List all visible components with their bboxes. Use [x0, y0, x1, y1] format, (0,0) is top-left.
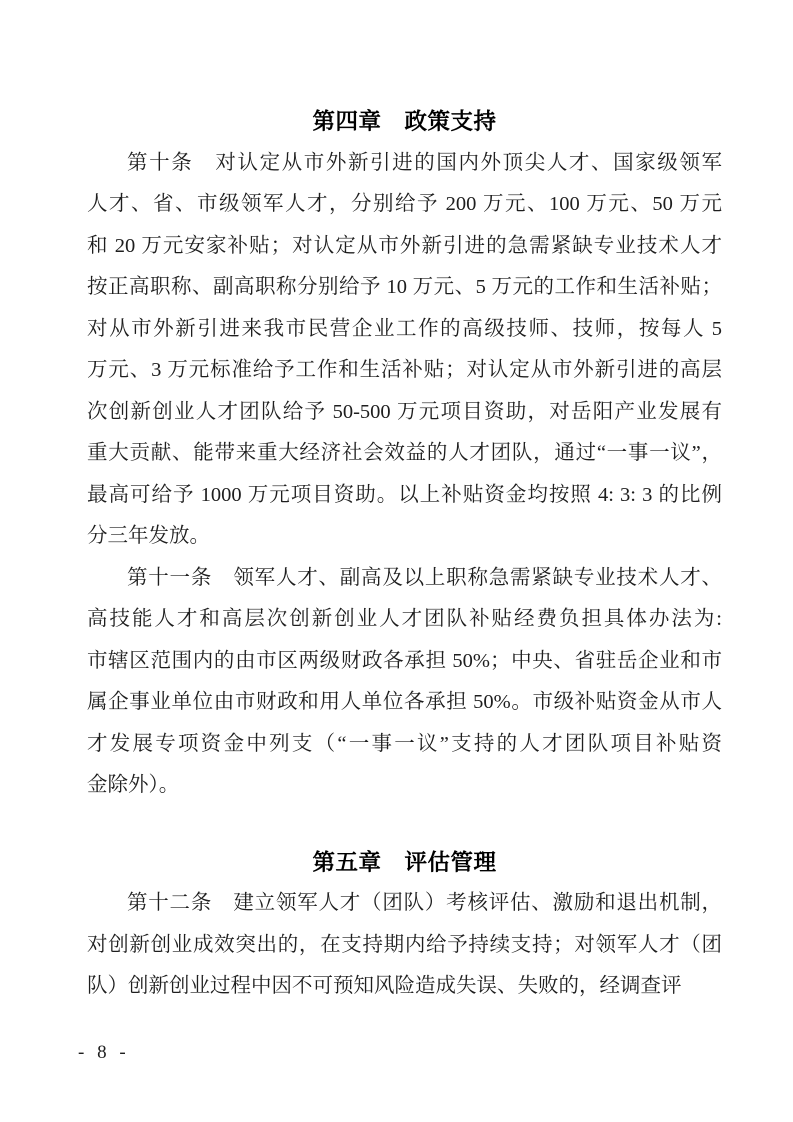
text-line: 重大贡献、能带来重大经济社会效益的人才团队，通过“一事一议”， [87, 433, 722, 475]
text-line: 对从市外新引进来我市民营企业工作的高级技师、技师，按每人 5 [87, 309, 722, 351]
text-line: 万元、3 万元标准给予工作和生活补贴；对认定从市外新引进的高层 [87, 350, 722, 392]
text-line: 第十条 对认定从市外新引进的国内外顶尖人才、国家级领军 [87, 143, 722, 185]
chapter-heading: 第五章 评估管理 [87, 842, 722, 884]
text-line: 最高可给予 1000 万元项目资助。以上补贴资金均按照 4: 3: 3 的比例 [87, 475, 722, 517]
text-line: 市辖区范围内的由市区两级财政各承担 50%；中央、省驻岳企业和市 [87, 641, 722, 683]
text-line: 对创新创业成效突出的，在支持期内给予持续支持；对领军人才（团 [87, 925, 722, 967]
text-line: 金除外）。 [87, 765, 722, 807]
text-line: 高技能人才和高层次创新创业人才团队补贴经费负担具体办法为: [87, 599, 722, 641]
document-page: 第四章 政策支持第十条 对认定从市外新引进的国内外顶尖人才、国家级领军人才、省、… [0, 0, 793, 1122]
text-line: 才发展专项资金中列支（“一事一议”支持的人才团队项目补贴资 [87, 724, 722, 766]
text-line: 分三年发放。 [87, 516, 722, 558]
document-content: 第四章 政策支持第十条 对认定从市外新引进的国内外顶尖人才、国家级领军人才、省、… [87, 101, 722, 1008]
text-line: 第十二条 建立领军人才（团队）考核评估、激励和退出机制， [87, 883, 722, 925]
text-line: 和 20 万元安家补贴；对认定从市外新引进的急需紧缺专业技术人才 [87, 226, 722, 268]
paragraph: 第十条 对认定从市外新引进的国内外顶尖人才、国家级领军人才、省、市级领军人才，分… [87, 143, 722, 558]
text-line: 队）创新创业过程中因不可预知风险造成失误、失败的，经调查评 [87, 966, 722, 1008]
text-line: 次创新创业人才团队给予 50-500 万元项目资助，对岳阳产业发展有 [87, 392, 722, 434]
paragraph: 第十二条 建立领军人才（团队）考核评估、激励和退出机制，对创新创业成效突出的，在… [87, 883, 722, 1008]
text-line: 第十一条 领军人才、副高及以上职称急需紧缺专业技术人才、 [87, 558, 722, 600]
text-line: 属企事业单位由市财政和用人单位各承担 50%。市级补贴资金从市人 [87, 682, 722, 724]
chapter-heading: 第四章 政策支持 [87, 101, 722, 143]
page-number: - 8 - [78, 1039, 130, 1067]
text-line: 按正高职称、副高职称分别给予 10 万元、5 万元的工作和生活补贴； [87, 267, 722, 309]
text-line: 人才、省、市级领军人才，分别给予 200 万元、100 万元、50 万元 [87, 184, 722, 226]
paragraph: 第十一条 领军人才、副高及以上职称急需紧缺专业技术人才、高技能人才和高层次创新创… [87, 558, 722, 807]
